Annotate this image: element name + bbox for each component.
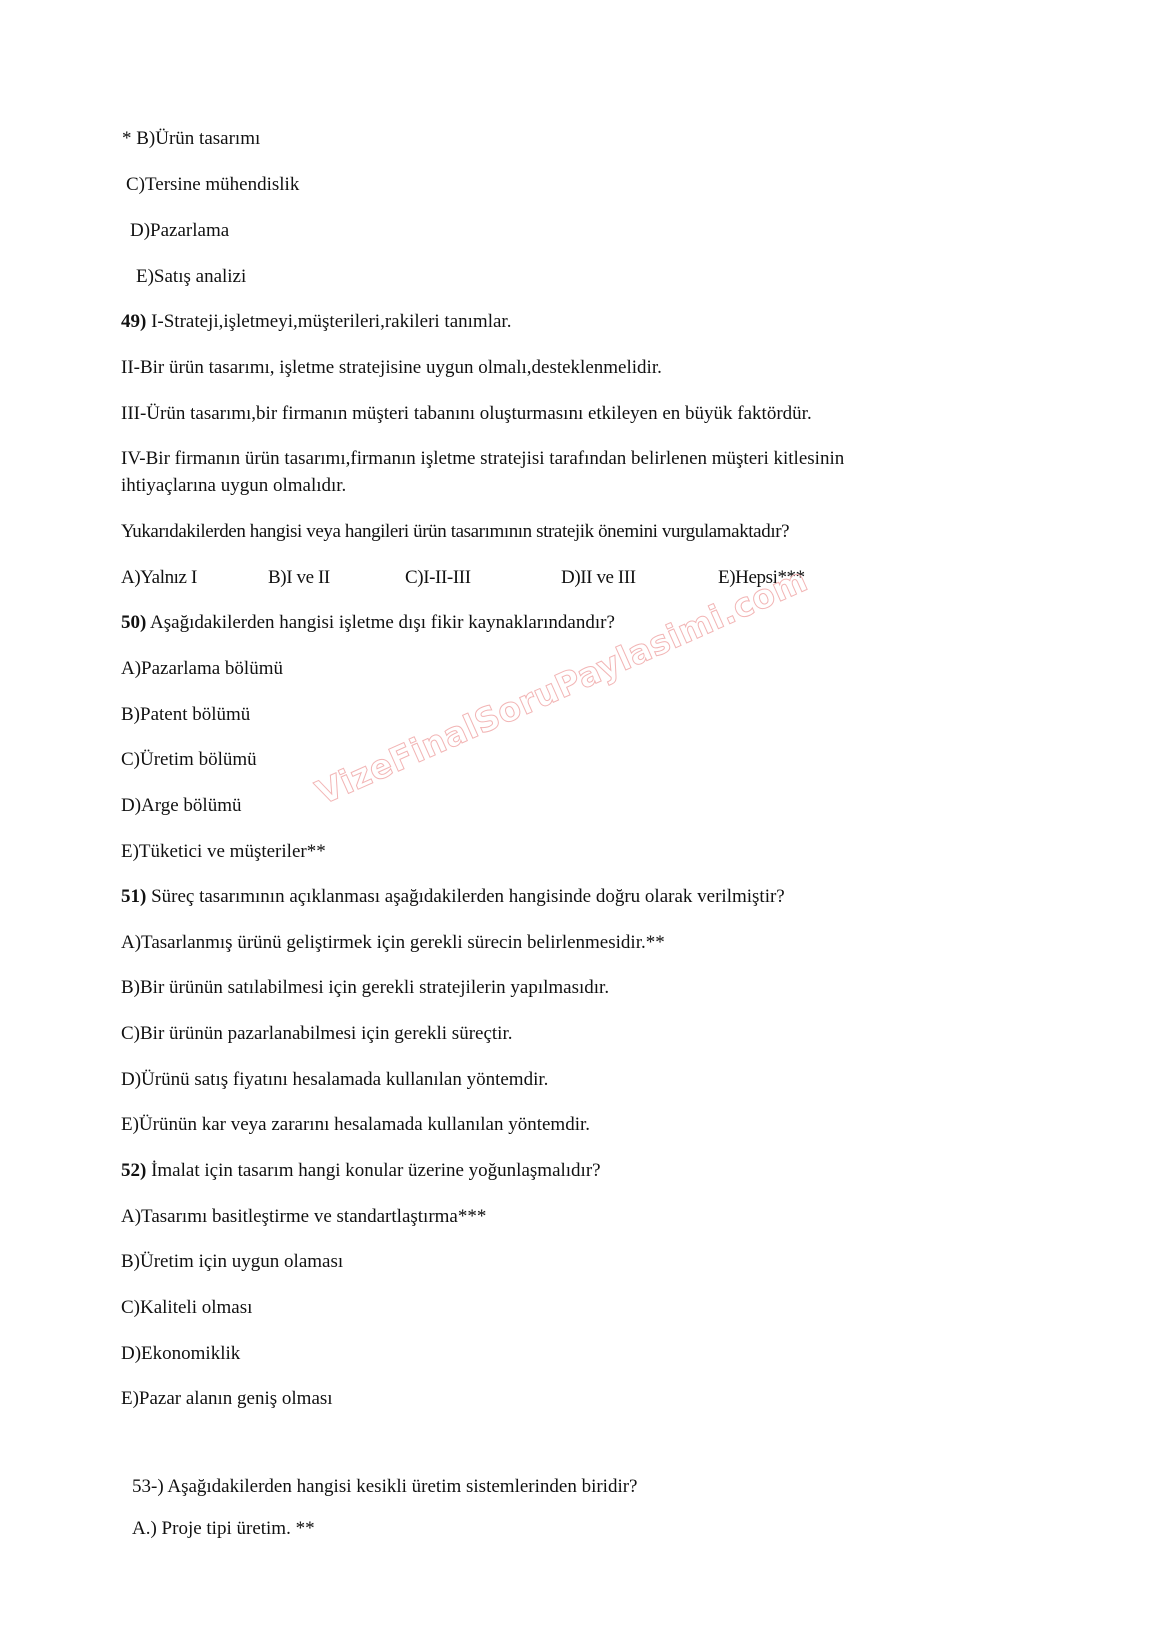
question-text: İmalat için tasarım hangi konular üzerin… <box>151 1160 601 1181</box>
prev-option-d: D)Pazarlama <box>130 219 229 243</box>
prev-option-b: * B)Ürün tasarımı <box>122 127 260 151</box>
q50-option-c: C)Üretim bölümü <box>121 748 257 772</box>
site-watermark: VizeFinalSoruPaylasimi.com <box>310 560 813 813</box>
q52-option-e: E)Pazar alanın geniş olması <box>121 1387 333 1411</box>
q50-option-d: D)Arge bölümü <box>121 794 242 818</box>
q49-option-e: E)Hepsi*** <box>718 566 805 590</box>
question-53: 53-) Aşağıdakilerden hangisi kesikli üre… <box>132 1475 638 1499</box>
q49-option-c: C)I-II-III <box>405 566 471 590</box>
question-51: 51) Süreç tasarımının açıklanması aşağıd… <box>121 885 785 909</box>
question-49-text: Yukarıdakilerden hangisi veya hangileri … <box>121 520 789 544</box>
q49-option-d: D)II ve III <box>561 566 636 590</box>
q52-option-a: A)Tasarımı basitleştirme ve standartlaşt… <box>121 1205 486 1229</box>
question-text: Aşağıdakilerden hangisi işletme dışı fik… <box>150 612 615 633</box>
statement-text: I-Strateji,işletmeyi,müşterileri,rakiler… <box>151 311 511 332</box>
prev-option-c: C)Tersine mühendislik <box>126 173 299 197</box>
question-49-statement-4-cont: ihtiyaçlarına uygun olmalıdır. <box>121 474 346 498</box>
q51-option-c: C)Bir ürünün pazarlanabilmesi için gerek… <box>121 1022 513 1046</box>
q53-option-a: A.) Proje tipi üretim. ** <box>132 1517 315 1541</box>
q51-option-e: E)Ürünün kar veya zararını hesalamada ku… <box>121 1113 590 1137</box>
question-49-statement-1: 49) I-Strateji,işletmeyi,müşterileri,rak… <box>121 310 511 334</box>
question-52: 52) İmalat için tasarım hangi konular üz… <box>121 1159 601 1183</box>
q50-option-b: B)Patent bölümü <box>121 703 250 727</box>
question-49-statement-2: II-Bir ürün tasarımı, işletme stratejisi… <box>121 356 662 380</box>
question-number: 50) <box>121 612 146 633</box>
question-text: Süreç tasarımının açıklanması aşağıdakil… <box>151 886 785 907</box>
q50-option-a: A)Pazarlama bölümü <box>121 657 283 681</box>
q50-option-e: E)Tüketici ve müşteriler** <box>121 840 326 864</box>
prev-option-e: E)Satış analizi <box>136 265 246 289</box>
q51-option-a: A)Tasarlanmış ürünü geliştirmek için ger… <box>121 931 665 955</box>
q49-option-b: B)I ve II <box>268 566 330 590</box>
question-number: 51) <box>121 886 146 907</box>
q49-option-a: A)Yalnız I <box>121 566 197 590</box>
q52-option-b: B)Üretim için uygun olaması <box>121 1250 343 1274</box>
q52-option-c: C)Kaliteli olması <box>121 1296 252 1320</box>
question-number: 49) <box>121 311 146 332</box>
q52-option-d: D)Ekonomiklik <box>121 1342 240 1366</box>
question-49-statement-3: III-Ürün tasarımı,bir firmanın müşteri t… <box>121 402 812 426</box>
q51-option-b: B)Bir ürünün satılabilmesi için gerekli … <box>121 976 609 1000</box>
question-49-statement-4: IV-Bir firmanın ürün tasarımı,firmanın i… <box>121 447 844 471</box>
q51-option-d: D)Ürünü satış fiyatını hesalamada kullan… <box>121 1068 548 1092</box>
question-number: 52) <box>121 1160 146 1181</box>
question-50: 50) Aşağıdakilerden hangisi işletme dışı… <box>121 611 615 635</box>
